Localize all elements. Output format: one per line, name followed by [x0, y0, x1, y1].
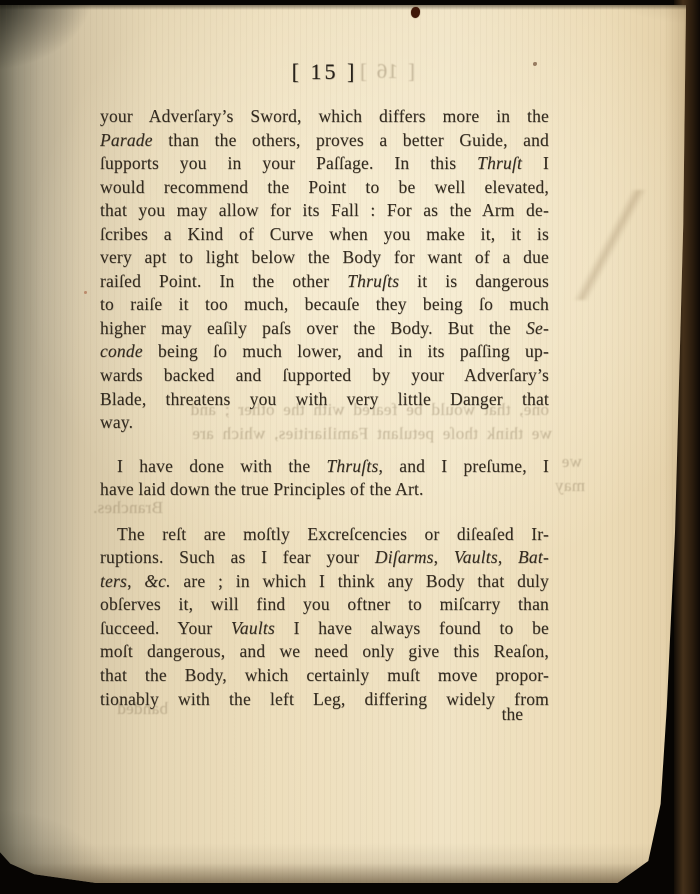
- text-segment: it is dangerous: [399, 271, 549, 291]
- text-segment: obſerves it, will find you oftner to miſ…: [100, 594, 549, 614]
- text-segment: ſupports you in your Paſſage. In this: [100, 153, 477, 173]
- italic-term: Parade: [100, 130, 153, 150]
- text-segment: ,: [498, 547, 518, 567]
- text-segment: ruptions. Such as I fear your: [100, 547, 375, 567]
- text-segment: ſucceed. Your: [100, 618, 231, 638]
- text-line: Blade, threatens you with very little Da…: [100, 388, 549, 412]
- italic-term: conde: [100, 341, 143, 361]
- text-segment: would recommend the Point to be well ele…: [100, 177, 549, 197]
- bleed-text: we: [546, 452, 582, 472]
- ink-speck: [84, 291, 87, 294]
- bleed-text: may: [543, 476, 585, 496]
- text-line: ſucceed. Your Vaults I have always found…: [100, 617, 549, 641]
- text-line: higher may eaſily paſs over the Body. Bu…: [100, 317, 549, 341]
- text-segment: I have always found to be: [275, 618, 549, 638]
- paragraph: your Adverſary’s Sword, which differs mo…: [100, 105, 549, 435]
- text-segment: wards backed and ſupported by your Adver…: [100, 365, 549, 385]
- paper-crease: [540, 190, 680, 300]
- text-segment: ,: [434, 547, 454, 567]
- text-line: The reſt are moſtly Excreſcencies or diſ…: [100, 523, 549, 547]
- italic-term: Thruſts: [326, 456, 378, 476]
- text-line: Parade than the others, proves a better …: [100, 129, 549, 153]
- book-page: [ 16 ]one, that would be feared with the…: [0, 5, 686, 883]
- text-line: obſerves it, will find you oftner to miſ…: [100, 593, 549, 617]
- text-segment: being ſo much lower, and in its paſſing …: [143, 341, 549, 361]
- paragraph: The reſt are moſtly Excreſcencies or diſ…: [100, 523, 549, 711]
- text-line: that you may allow for its Fall : For as…: [100, 199, 549, 223]
- text-line: ſupports you in your Paſſage. In this Th…: [100, 152, 549, 176]
- text-segment: than the others, proves a better Guide, …: [153, 130, 549, 150]
- text-line: moſt dangerous, and we need only give th…: [100, 640, 549, 664]
- text-segment: are ; in which I think any Body that dul…: [171, 571, 549, 591]
- text-line: that the Body, which certainly muſt move…: [100, 664, 549, 688]
- italic-term: Diſarms: [375, 547, 434, 567]
- catchword: the: [100, 704, 523, 725]
- text-line: ters, &c. are ; in which I think any Bod…: [100, 570, 549, 594]
- italic-term: Se-: [526, 318, 549, 338]
- text-segment: raiſed Point. In the other: [100, 271, 347, 291]
- text-segment: I: [522, 153, 549, 173]
- text-segment: have laid down the true Principles of th…: [100, 479, 424, 499]
- text-segment: to raiſe it too much, becauſe they being…: [100, 294, 549, 314]
- ink-speck: [411, 7, 420, 18]
- text-line: have laid down the true Principles of th…: [100, 478, 549, 502]
- text-segment: higher may eaſily paſs over the Body. Bu…: [100, 318, 526, 338]
- text-line: wards backed and ſupported by your Adver…: [100, 364, 549, 388]
- text-line: way.: [100, 411, 549, 435]
- text-line: ruptions. Such as I fear your Diſarms, V…: [100, 546, 549, 570]
- text-segment: I have done with the: [117, 456, 326, 476]
- italic-term: ters: [100, 571, 127, 591]
- page-number-header: [ 15 ]: [100, 59, 549, 85]
- text-line: would recommend the Point to be well ele…: [100, 176, 549, 200]
- text-line: your Adverſary’s Sword, which differs mo…: [100, 105, 549, 129]
- text-segment: way.: [100, 412, 133, 432]
- text-segment: that you may allow for its Fall : For as…: [100, 200, 549, 220]
- paragraph: I have done with the Thruſts, and I preſ…: [100, 455, 549, 502]
- text-segment: ſcribes a Kind of Curve when you make it…: [100, 224, 549, 244]
- book-scan: [ 16 ]one, that would be feared with the…: [0, 0, 700, 894]
- text-line: conde being ſo much lower, and in its pa…: [100, 340, 549, 364]
- text-line: I have done with the Thruſts, and I preſ…: [100, 455, 549, 479]
- italic-term: &c.: [144, 571, 170, 591]
- text-line: raiſed Point. In the other Thruſts it is…: [100, 270, 549, 294]
- text-line: ſcribes a Kind of Curve when you make it…: [100, 223, 549, 247]
- italic-term: Vaults: [231, 618, 275, 638]
- text-segment: your Adverſary’s Sword, which differs mo…: [100, 106, 549, 126]
- text-segment: ,: [127, 571, 144, 591]
- text-segment: The reſt are moſtly Excreſcencies or diſ…: [117, 524, 549, 544]
- text-line: very apt to light below the Body for wan…: [100, 246, 549, 270]
- italic-term: Bat-: [518, 547, 549, 567]
- text-segment: Blade, threatens you with very little Da…: [100, 389, 549, 409]
- text-segment: that the Body, which certainly muſt move…: [100, 665, 549, 685]
- text-line: to raiſe it too much, becauſe they being…: [100, 293, 549, 317]
- body-text: your Adverſary’s Sword, which differs mo…: [100, 105, 549, 711]
- text-segment: , and I preſume, I: [378, 456, 549, 476]
- text-segment: moſt dangerous, and we need only give th…: [100, 641, 549, 661]
- italic-term: Vaults: [454, 547, 498, 567]
- text-segment: very apt to light below the Body for wan…: [100, 247, 549, 267]
- italic-term: Thruſts: [347, 271, 399, 291]
- italic-term: Thruſt: [477, 153, 522, 173]
